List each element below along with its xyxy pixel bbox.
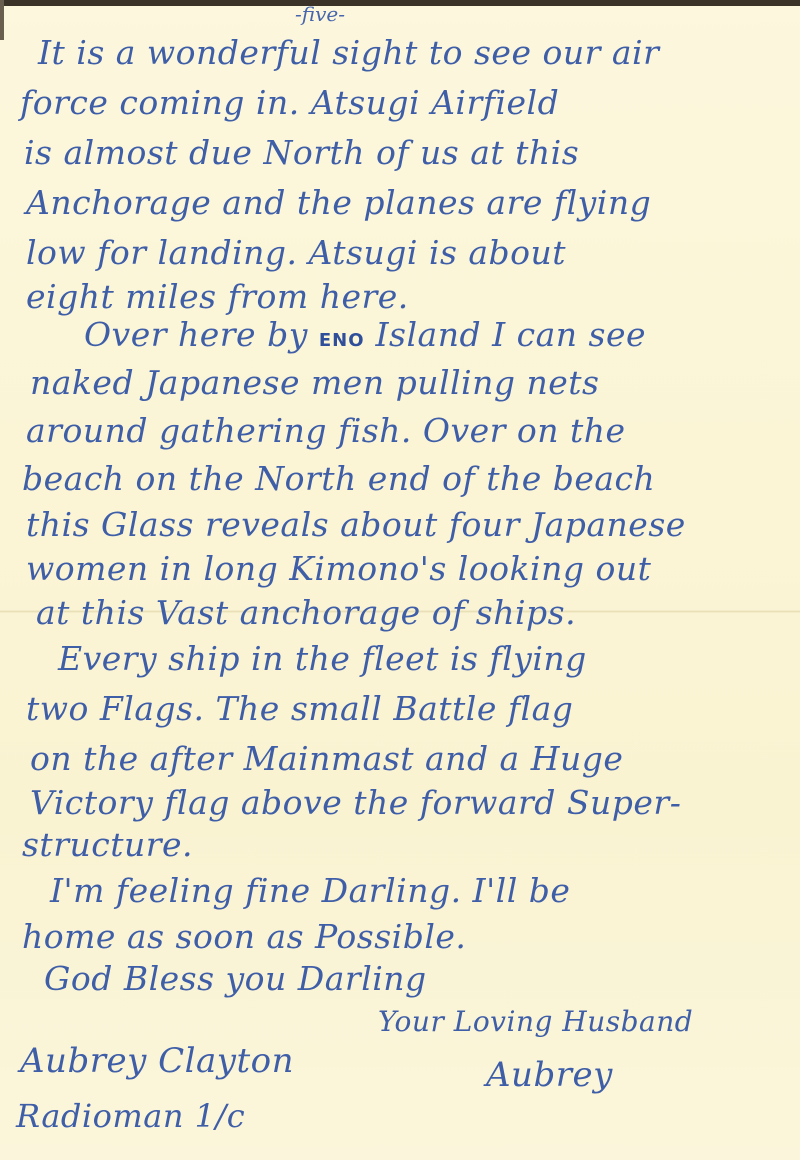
line-7-end: Island I can see (376, 315, 647, 354)
letter-line-18: structure. (22, 828, 193, 861)
closing-line: Your Loving Husband (378, 1008, 693, 1036)
letter-line-10: beach on the North end of the beach (22, 462, 655, 495)
letter-line-7: Over here by ENO Island I can see (84, 318, 646, 351)
letter-line-9: around gathering fish. Over on the (26, 414, 626, 447)
inserted-word-five: -five- (295, 2, 345, 26)
letter-line-3: is almost due North of us at this (24, 136, 579, 169)
letter-line-14: Every ship in the fleet is flying (58, 642, 587, 675)
letter-line-20: home as soon as Possible. (22, 920, 466, 953)
paper-top-edge (0, 0, 800, 6)
letter-line-5: low for landing. Atsugi is about (26, 236, 566, 269)
letter-line-1: It is a wonderful sight to see our air (38, 36, 659, 69)
letter-page: -five- It is a wonderful sight to see ou… (0, 0, 800, 1160)
line-7-start: Over here by (84, 315, 308, 354)
letter-line-12: women in long Kimono's looking out (26, 552, 651, 585)
paper-left-edge (0, 0, 4, 40)
letter-line-16: on the after Mainmast and a Huge (30, 742, 623, 775)
eno-island-name: ENO (319, 330, 365, 351)
letter-line-21: God Bless you Darling (44, 962, 427, 995)
letter-line-11: this Glass reveals about four Japanese (26, 508, 686, 541)
signature-rank: Radioman 1/c (16, 1100, 245, 1132)
letter-line-13: at this Vast anchorage of ships. (36, 596, 576, 629)
letter-line-19: I'm feeling fine Darling. I'll be (50, 874, 570, 907)
letter-line-15: two Flags. The small Battle flag (26, 692, 573, 725)
signature-full-name: Aubrey Clayton (20, 1044, 294, 1078)
letter-line-6: eight miles from here. (26, 280, 409, 313)
letter-line-4: Anchorage and the planes are flying (26, 186, 651, 219)
letter-line-17: Victory flag above the forward Super- (30, 786, 681, 819)
letter-line-8: naked Japanese men pulling nets (30, 366, 599, 399)
signature-first-name: Aubrey (486, 1058, 613, 1092)
letter-line-2: force coming in. Atsugi Airfield (20, 86, 559, 119)
